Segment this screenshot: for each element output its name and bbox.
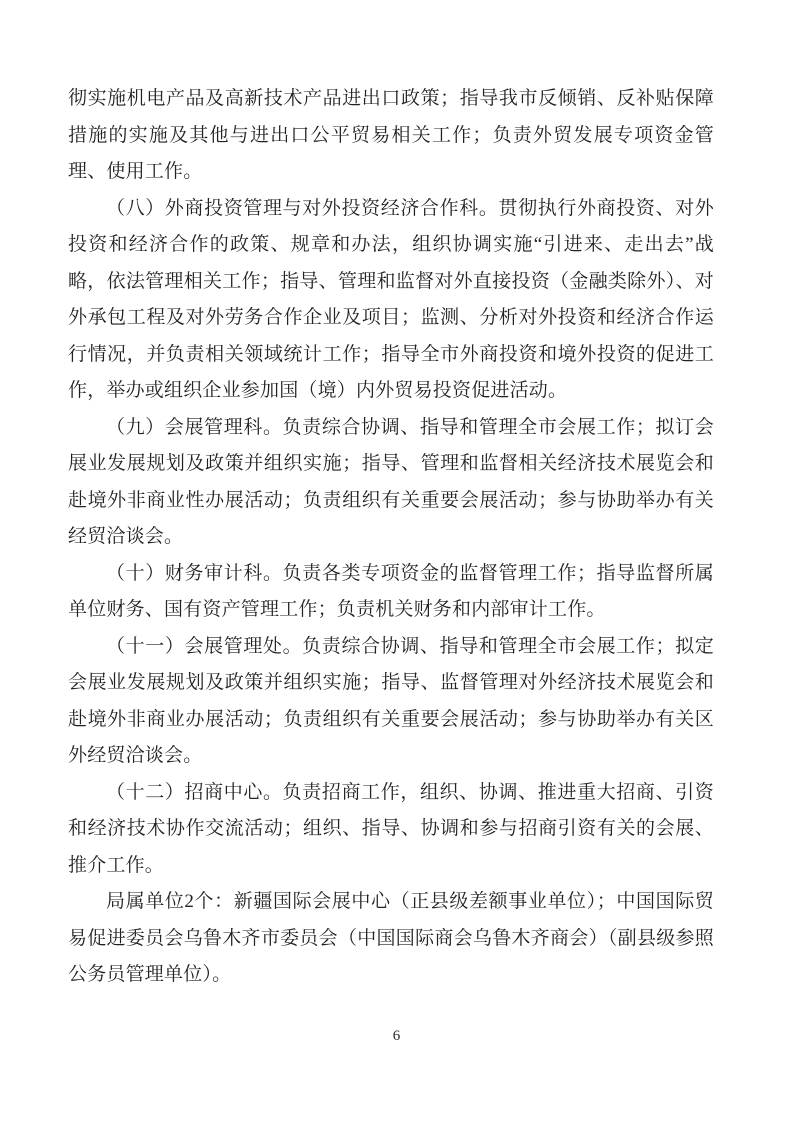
paragraph-subordinate-units: 局属单位2个：新疆国际会展中心（正县级差额事业单位）；中国国际贸易促进委员会乌鲁… bbox=[68, 884, 714, 994]
paragraph-item-8-foreign-investment: （八）外商投资管理与对外投资经济合作科。贯彻执行外商投资、对外投资和经济合作的政… bbox=[68, 191, 714, 410]
paragraph-item-9-exhibition-section: （九）会展管理科。负责综合协调、指导和管理全市会展工作；拟订会展业发展规划及政策… bbox=[68, 410, 714, 556]
paragraph-continuation: 彻实施机电产品及高新技术产品进出口政策；指导我市反倾销、反补贴保障措施的实施及其… bbox=[68, 81, 714, 191]
document-page: 彻实施机电产品及高新技术产品进出口政策；指导我市反倾销、反补贴保障措施的实施及其… bbox=[0, 0, 793, 1122]
page-number: 6 bbox=[393, 1028, 401, 1044]
document-body: 彻实施机电产品及高新技术产品进出口政策；指导我市反倾销、反补贴保障措施的实施及其… bbox=[68, 81, 714, 994]
paragraph-item-11-exhibition-division: （十一）会展管理处。负责综合协调、指导和管理全市会展工作；拟定会展业发展规划及政… bbox=[68, 629, 714, 775]
paragraph-item-10-finance-audit: （十）财务审计科。负责各类专项资金的监督管理工作；指导监督所属单位财务、国有资产… bbox=[68, 556, 714, 629]
paragraph-item-12-investment-promotion-center: （十二）招商中心。负责招商工作，组织、协调、推进重大招商、引资和经济技术协作交流… bbox=[68, 775, 714, 885]
page-footer: 6 bbox=[0, 1027, 793, 1045]
